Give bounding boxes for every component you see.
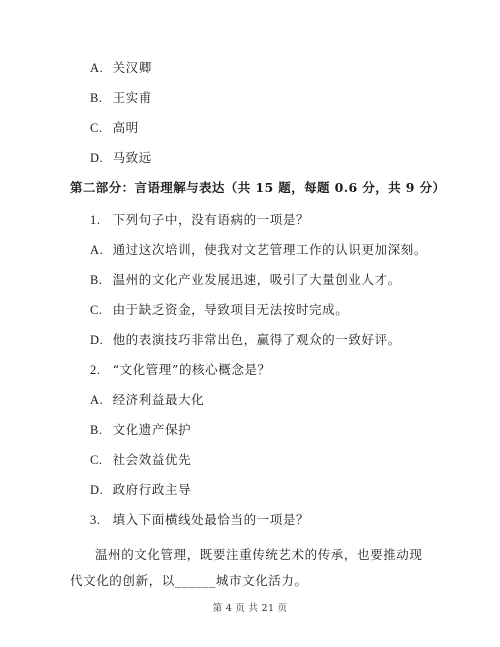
question-3-passage: 温州的文化管理，既要注重传统艺术的传承，也要推动现代文化的创新，以______城… bbox=[70, 542, 430, 594]
option-letter: A. bbox=[90, 242, 108, 258]
question-3: 3. 填入下面横线处最恰当的一项是？ bbox=[90, 512, 309, 528]
option-letter: C. bbox=[90, 120, 108, 136]
option-text: 由于缺乏资金，导致项目无法按时完成。 bbox=[113, 302, 349, 317]
option-a: A. 关汉卿 bbox=[90, 60, 152, 76]
option-text: 他的表演技巧非常出色，赢得了观众的一致好评。 bbox=[113, 332, 401, 347]
document-page: A. 关汉卿 B. 王实甫 C. 高明 D. 马致远 第二部分：言语理解与表达（… bbox=[0, 0, 500, 647]
question-number: 3. bbox=[90, 512, 108, 528]
option-text: 经济利益最大化 bbox=[113, 392, 205, 407]
option-letter: D. bbox=[90, 150, 108, 166]
q2-option-c: C. 社会效益优先 bbox=[90, 452, 191, 468]
option-letter: A. bbox=[90, 60, 108, 76]
question-text: “文化管理”的核心概念是？ bbox=[113, 362, 271, 377]
question-2: 2. “文化管理”的核心概念是？ bbox=[90, 362, 271, 378]
option-text: 关汉卿 bbox=[113, 60, 152, 75]
option-text: 温州的文化产业发展迅速，吸引了大量创业人才。 bbox=[113, 272, 401, 287]
option-letter: D. bbox=[90, 482, 108, 498]
question-1: 1. 下列句子中，没有语病的一项是？ bbox=[90, 212, 309, 228]
question-text: 下列句子中，没有语病的一项是？ bbox=[113, 212, 310, 227]
q2-option-a: A. 经济利益最大化 bbox=[90, 392, 204, 408]
question-number: 2. bbox=[90, 362, 108, 378]
option-text: 通过这次培训，使我对文艺管理工作的认识更加深刻。 bbox=[113, 242, 427, 257]
q1-option-b: B. 温州的文化产业发展迅速，吸引了大量创业人才。 bbox=[90, 272, 401, 288]
option-letter: B. bbox=[90, 90, 108, 106]
q1-option-c: C. 由于缺乏资金，导致项目无法按时完成。 bbox=[90, 302, 348, 318]
section-heading: 第二部分：言语理解与表达（共 15 题，每题 0.6 分，共 9 分） bbox=[70, 180, 445, 196]
option-letter: A. bbox=[90, 392, 108, 408]
option-text: 高明 bbox=[113, 120, 139, 135]
option-text: 社会效益优先 bbox=[113, 452, 192, 467]
page-number: 第 4 页 共 21 页 bbox=[0, 600, 500, 614]
option-text: 文化遗产保护 bbox=[113, 422, 192, 437]
question-number: 1. bbox=[90, 212, 108, 228]
option-letter: C. bbox=[90, 452, 108, 468]
q1-option-a: A. 通过这次培训，使我对文艺管理工作的认识更加深刻。 bbox=[90, 242, 427, 258]
option-b: B. 王实甫 bbox=[90, 90, 152, 106]
option-letter: D. bbox=[90, 332, 108, 348]
option-letter: B. bbox=[90, 422, 108, 438]
option-letter: B. bbox=[90, 272, 108, 288]
option-text: 马致远 bbox=[113, 150, 152, 165]
option-c: C. 高明 bbox=[90, 120, 139, 136]
option-text: 政府行政主导 bbox=[113, 482, 192, 497]
q2-option-d: D. 政府行政主导 bbox=[90, 482, 191, 498]
question-text: 填入下面横线处最恰当的一项是？ bbox=[113, 512, 310, 527]
option-letter: C. bbox=[90, 302, 108, 318]
option-text: 王实甫 bbox=[113, 90, 152, 105]
q1-option-d: D. 他的表演技巧非常出色，赢得了观众的一致好评。 bbox=[90, 332, 401, 348]
q2-option-b: B. 文化遗产保护 bbox=[90, 422, 191, 438]
option-d: D. 马致远 bbox=[90, 150, 152, 166]
